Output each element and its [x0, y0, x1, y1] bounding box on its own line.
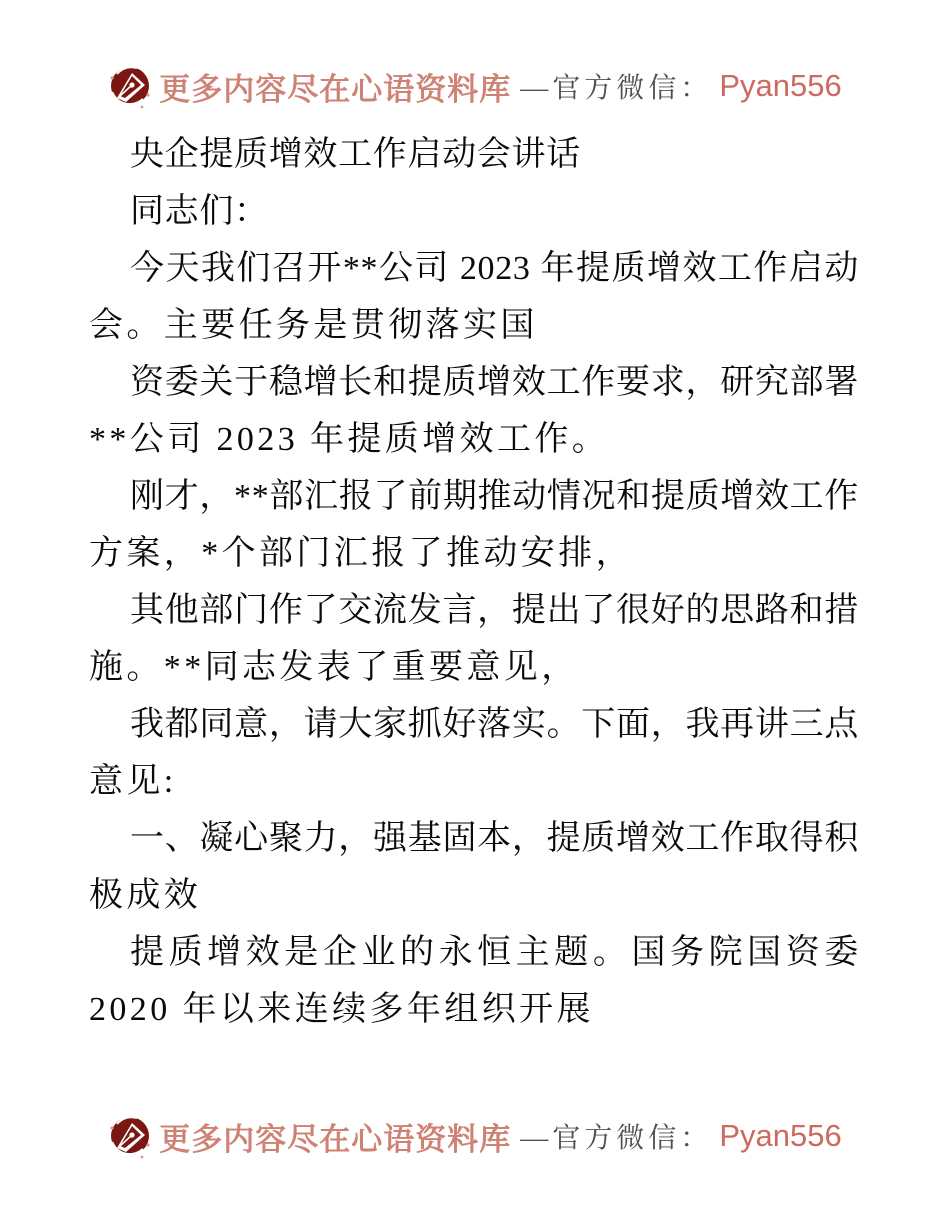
doc-line: 意见: — [89, 753, 859, 810]
official-wechat-label: —官方微信： — [520, 66, 712, 106]
doc-title-line: 央企提质增效工作启动会讲话 — [89, 126, 859, 183]
doc-line: 我都同意，请大家抓好落实。下面，我再讲三点 — [89, 696, 859, 753]
doc-line: 其他部门作了交流发言，提出了很好的思路和措 — [89, 582, 859, 639]
doc-line: **公司 2023 年提质增效工作。 — [89, 411, 859, 468]
document-body: 央企提质增效工作启动会讲话 同志们： 今天我们召开**公司 2023 年提质增效… — [89, 126, 859, 1038]
doc-line: 极成效 — [89, 867, 859, 924]
document-page: 更多内容尽在心语资料库 —官方微信： Pyan556 央企提质增效工作启动会讲话… — [0, 0, 950, 1230]
official-wechat-label: —官方微信： — [520, 1116, 712, 1156]
doc-line: 资委关于稳增长和提质增效工作要求，研究部署 — [89, 354, 859, 411]
pen-nib-logo-icon — [108, 62, 152, 110]
doc-line: 施。**同志发表了重要意见， — [89, 639, 859, 696]
brand-text: 更多内容尽在心语资料库 — [159, 64, 511, 109]
doc-line: 会。主要任务是贯彻落实国 — [89, 297, 859, 354]
doc-line: 同志们： — [89, 183, 859, 240]
doc-line: 一、凝心聚力，强基固本，提质增效工作取得积 — [89, 810, 859, 867]
watermark-header: 更多内容尽在心语资料库 —官方微信： Pyan556 — [0, 62, 950, 110]
doc-line: 方案，*个部门汇报了推动安排， — [89, 525, 859, 582]
wechat-id: Pyan556 — [719, 68, 841, 104]
watermark-footer: 更多内容尽在心语资料库 —官方微信： Pyan556 — [0, 1112, 950, 1160]
doc-line: 提质增效是企业的永恒主题。国务院国资委 — [89, 924, 859, 981]
doc-line: 2020 年以来连续多年组织开展 — [89, 981, 859, 1038]
doc-line: 今天我们召开**公司 2023 年提质增效工作启动 — [89, 240, 859, 297]
pen-nib-logo-icon — [108, 1112, 152, 1160]
doc-line: 刚才，**部汇报了前期推动情况和提质增效工作 — [89, 468, 859, 525]
brand-text: 更多内容尽在心语资料库 — [159, 1114, 511, 1159]
wechat-id: Pyan556 — [719, 1118, 841, 1154]
